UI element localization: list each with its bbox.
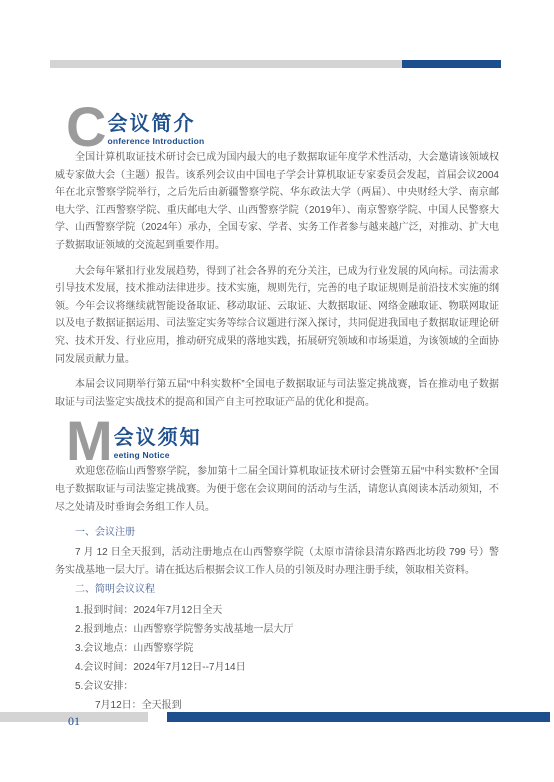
agenda-item-checkin-place: 2.报到地点：山西警察学院警务实战基地一层大厅	[55, 620, 499, 639]
page-content: C 会议简介 onference Introduction 全国计算机取证技术研…	[55, 105, 499, 715]
agenda-item-dates: 4.会议时间：2024年7月12日--7月14日	[55, 658, 499, 677]
page-number-segment: 01	[0, 712, 148, 722]
top-decoration-bar	[50, 60, 501, 68]
subhead-registration: 一、会议注册	[55, 524, 499, 542]
intro-paragraph-3: 本届会议同期举行第五届“中科实数杯”全国电子数据取证与司法鉴定挑战赛，旨在推动电…	[55, 376, 499, 411]
section-title-cn: 会议简介	[107, 113, 204, 135]
section-title-block: 会议简介 onference Introduction	[107, 105, 204, 149]
subhead-agenda: 二、简明会议议程	[55, 581, 499, 599]
agenda-item-venue: 3.会议地点：山西警察学院	[55, 639, 499, 658]
drop-letter-m: M	[66, 419, 111, 463]
top-bar-blue-segment	[402, 60, 501, 68]
agenda-item-schedule: 5.会议安排：	[55, 677, 499, 696]
drop-letter-c: C	[66, 105, 104, 149]
intro-paragraph-1: 全国计算机取证技术研讨会已成为国内最大的电子数据取证年度学术性活动，大会邀请该领…	[55, 149, 499, 255]
section-head-conference-introduction: C 会议简介 onference Introduction	[66, 105, 499, 149]
section-head-meeting-notice: M 会议须知 eeting Notice	[66, 419, 499, 463]
intro-paragraph-2: 大会每年紧扣行业发展趋势，得到了社会各界的充分关注，已成为行业发展的风向标。司法…	[55, 263, 499, 369]
bottom-bar-gap	[148, 712, 167, 722]
agenda-item-checkin-time: 1.报到时间：2024年7月12日全天	[55, 601, 499, 620]
bottom-bar-blue-segment	[167, 712, 550, 722]
section-title-cn: 会议须知	[114, 427, 202, 449]
section-title-block: 会议须知 eeting Notice	[114, 419, 202, 463]
section-title-en: eeting Notice	[114, 450, 202, 460]
section-title-en: onference Introduction	[107, 136, 204, 146]
registration-paragraph: 7 月 12 日全天报到，活动注册地点在山西警察学院（太原市清徐县清东路西北坊段…	[55, 544, 499, 579]
notice-welcome-paragraph: 欢迎您莅临山西警察学院，参加第十二届全国计算机取证技术研讨会暨第五届“中科实数杯…	[55, 463, 499, 516]
bottom-decoration-bar: 01	[0, 712, 554, 722]
top-bar-gray-segment	[50, 60, 402, 68]
document-page: C 会议简介 onference Introduction 全国计算机取证技术研…	[0, 0, 554, 782]
page-number: 01	[68, 714, 80, 728]
